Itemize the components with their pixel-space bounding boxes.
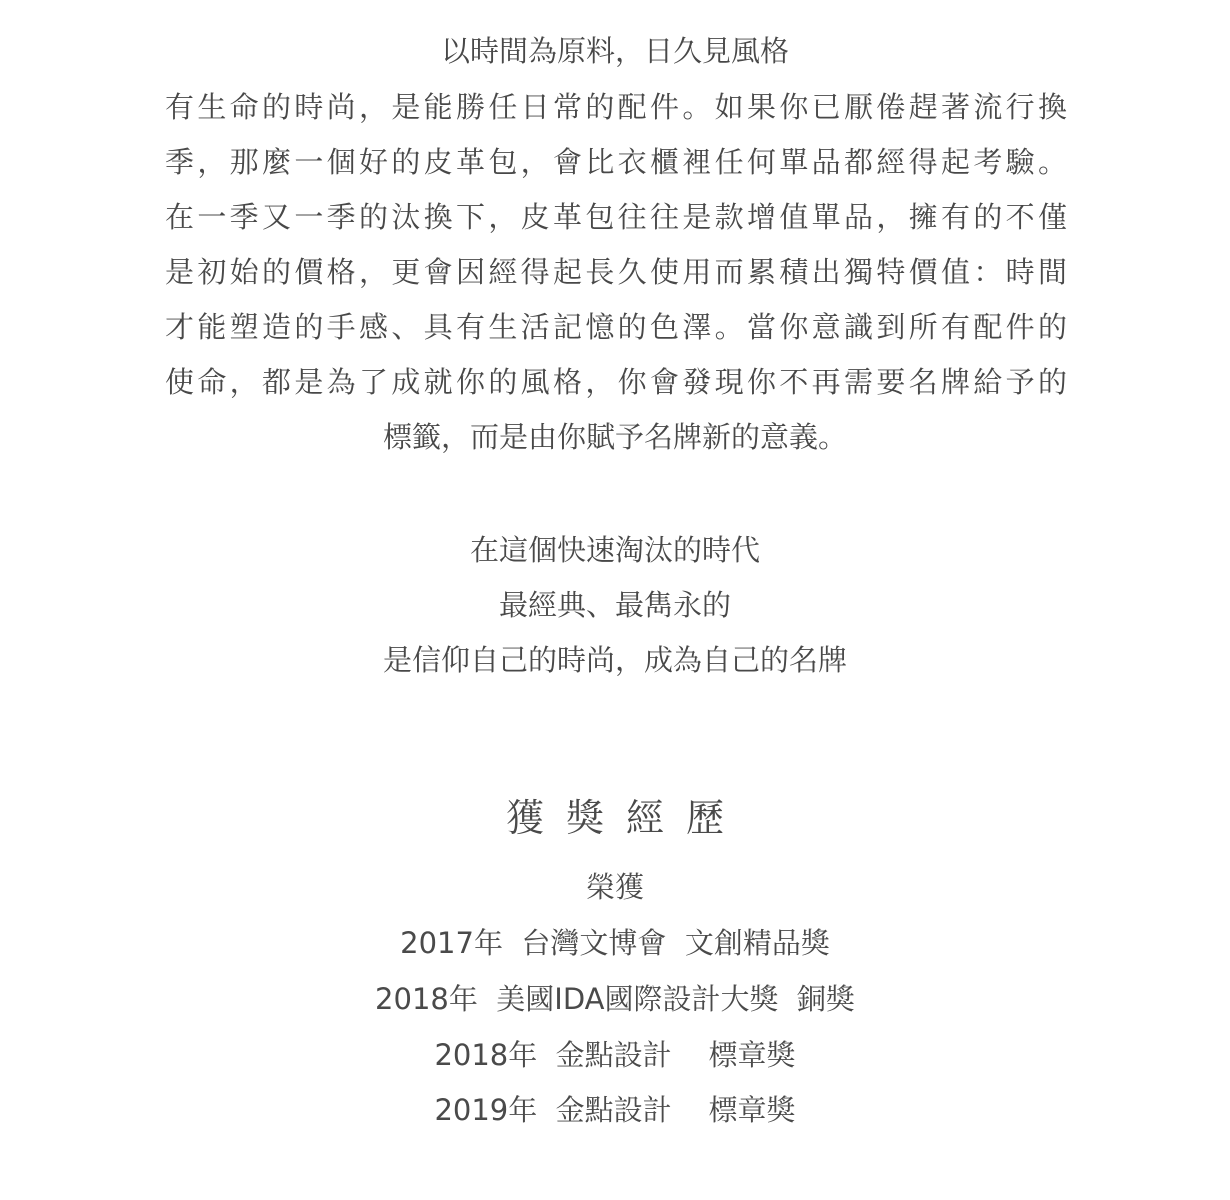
award-item: 2019年 金點設計 標章獎 [0,1090,1230,1130]
intro-title: 以時間為原料，日久見風格 [0,31,1230,71]
paragraph-line: 使命，都是為了成就你的風格，你會發現你不再需要名牌給予的 [165,362,1067,402]
paragraph-line: 標籤，而是由你賦予名牌新的意義。 [0,417,1230,457]
slogan-line: 在這個快速淘汰的時代 [0,530,1230,570]
paragraph-line: 才能塑造的手感、具有生活記憶的色澤。當你意識到所有配件的 [165,307,1067,347]
award-item: 2017年 台灣文博會 文創精品獎 [0,923,1230,963]
awards-subheading: 榮獲 [0,867,1230,907]
award-item: 2018年 金點設計 標章獎 [0,1035,1230,1075]
slogan-line: 最經典、最雋永的 [0,585,1230,625]
paragraph-line: 在一季又一季的汰換下，皮革包往往是款增值單品，擁有的不僅 [165,197,1067,237]
awards-heading: 獲獎經歷 [0,793,1230,843]
paragraph-line: 季，那麼一個好的皮革包，會比衣櫃裡任何單品都經得起考驗。 [165,142,1067,182]
paragraph-line: 有生命的時尚，是能勝任日常的配件。如果你已厭倦趕著流行換 [165,87,1067,127]
paragraph-line: 是初始的價格，更會因經得起長久使用而累積出獨特價值：時間 [165,252,1067,292]
award-item: 2018年 美國IDA國際設計大獎 銅獎 [0,979,1230,1019]
slogan-line: 是信仰自己的時尚，成為自己的名牌 [0,640,1230,680]
